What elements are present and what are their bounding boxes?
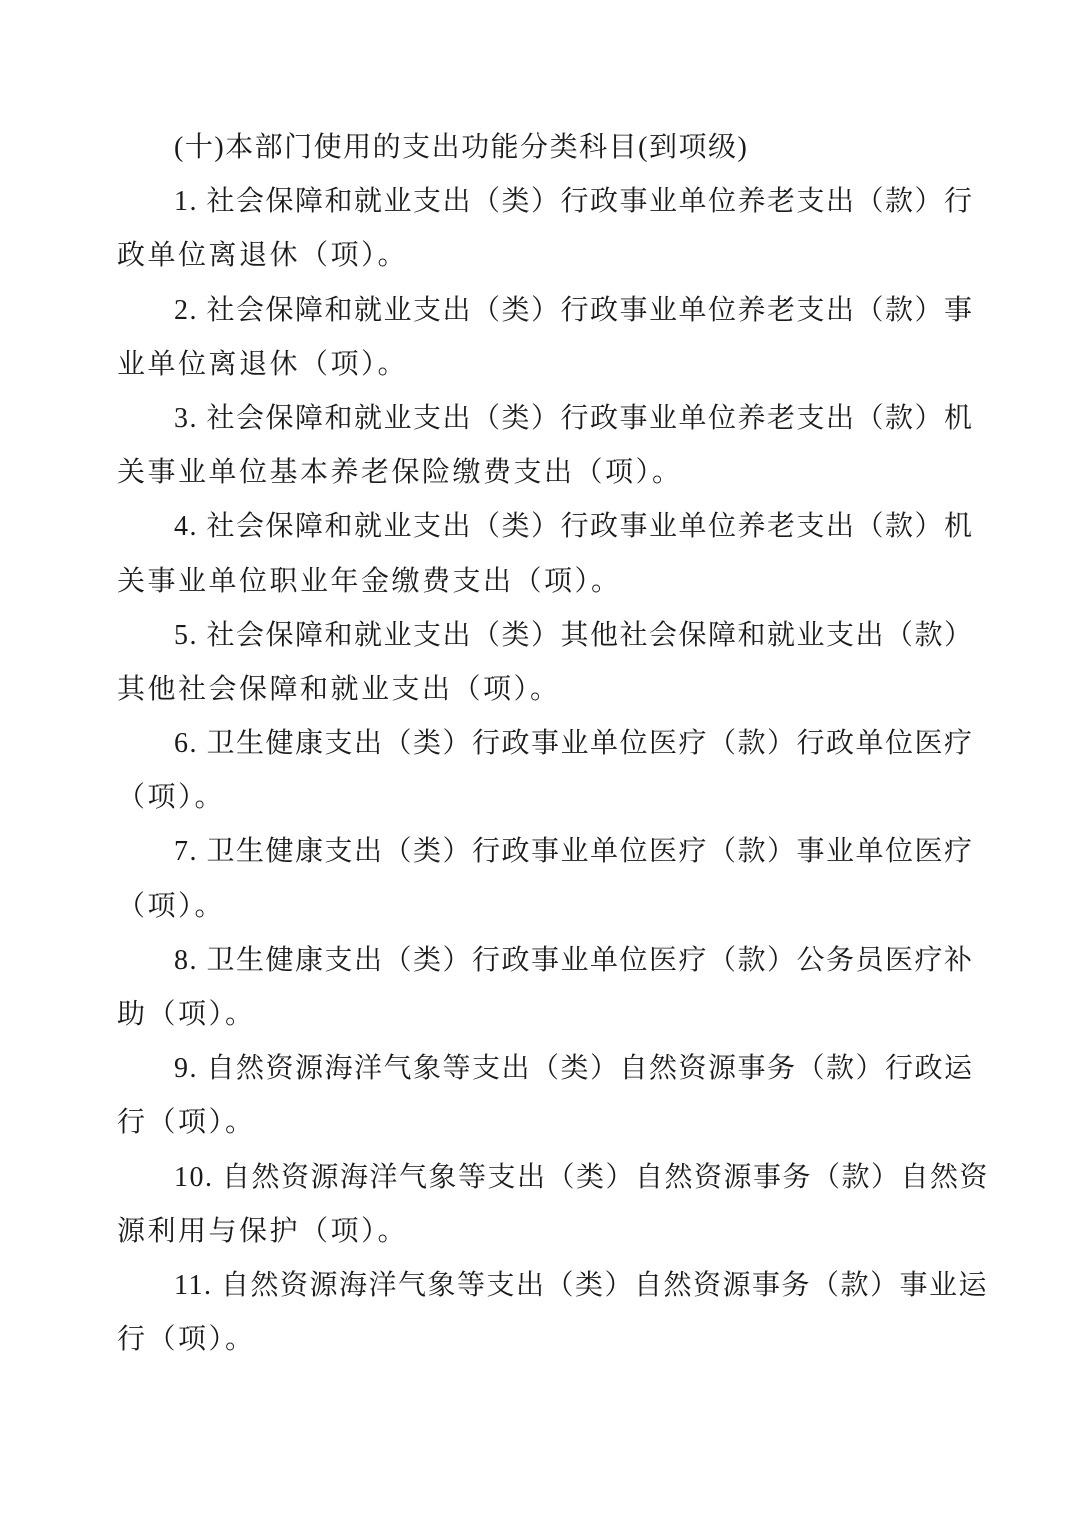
list-item-6-line-2: （项）。 [117, 771, 957, 825]
list-item-2-line-1: 2. 社会保障和就业支出（类）行政事业单位养老支出（款）事 [117, 284, 957, 338]
text-column: (十)本部门使用的支出功能分类科目(到项级) 1. 社会保障和就业支出（类）行政… [117, 121, 957, 1367]
document-page: (十)本部门使用的支出功能分类科目(到项级) 1. 社会保障和就业支出（类）行政… [0, 0, 1074, 1520]
list-item-4-line-1: 4. 社会保障和就业支出（类）行政事业单位养老支出（款）机 [117, 500, 957, 554]
list-item-10-line-1: 10. 自然资源海洋气象等支出（类）自然资源事务（款）自然资 [117, 1151, 957, 1205]
list-item-3-line-2: 关事业单位基本养老保险缴费支出（项）。 [117, 446, 957, 500]
list-item-1-line-2: 政单位离退休（项）。 [117, 229, 957, 283]
list-item-8-line-1: 8. 卫生健康支出（类）行政事业单位医疗（款）公务员医疗补 [117, 934, 957, 988]
list-item-7-line-1: 7. 卫生健康支出（类）行政事业单位医疗（款）事业单位医疗 [117, 825, 957, 879]
section-heading: (十)本部门使用的支出功能分类科目(到项级) [117, 121, 957, 175]
list-item-8-line-2: 助（项）。 [117, 988, 957, 1042]
list-item-2-line-2: 业单位离退休（项）。 [117, 338, 957, 392]
list-item-5-line-2: 其他社会保障和就业支出（项）。 [117, 663, 957, 717]
list-item-4-line-2: 关事业单位职业年金缴费支出（项）。 [117, 555, 957, 609]
list-item-11-line-1: 11. 自然资源海洋气象等支出（类）自然资源事务（款）事业运 [117, 1259, 957, 1313]
list-item-9-line-2: 行（项）。 [117, 1096, 957, 1150]
list-item-5-line-1: 5. 社会保障和就业支出（类）其他社会保障和就业支出（款） [117, 609, 957, 663]
list-item-11-line-2: 行（项）。 [117, 1313, 957, 1367]
list-item-10-line-2: 源利用与保护（项）。 [117, 1205, 957, 1259]
list-item-6-line-1: 6. 卫生健康支出（类）行政事业单位医疗（款）行政单位医疗 [117, 717, 957, 771]
list-item-9-line-1: 9. 自然资源海洋气象等支出（类）自然资源事务（款）行政运 [117, 1042, 957, 1096]
list-item-3-line-1: 3. 社会保障和就业支出（类）行政事业单位养老支出（款）机 [117, 392, 957, 446]
list-item-7-line-2: （项）。 [117, 880, 957, 934]
list-item-1-line-1: 1. 社会保障和就业支出（类）行政事业单位养老支出（款）行 [117, 175, 957, 229]
